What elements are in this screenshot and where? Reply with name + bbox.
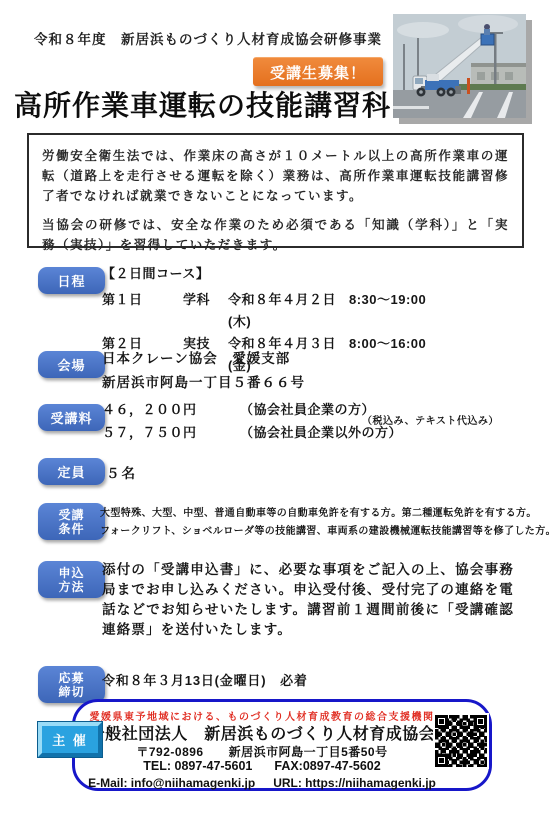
venue-label-text: 会場 [57, 355, 85, 374]
tel-text: TEL: 0897-47-5601 [143, 759, 252, 773]
fee-content: ４６，２００円 （協会社員企業の方） ５７，７５０円 （協会社員企業以外の方） [102, 398, 402, 444]
deadline-label-line2: 締切 [58, 685, 84, 699]
schedule-label-text: 日程 [57, 271, 85, 290]
schedule-day: 第１日 [102, 289, 183, 333]
qr-code [433, 713, 489, 769]
schedule-course-header: 【２日間コース】 [102, 264, 426, 284]
section-label-schedule: 日程 [38, 267, 105, 294]
fee-target: （協会社員企業の方） [240, 398, 375, 421]
flyer-page: 令和８年度 新居浜ものづくり人材育成協会研修事業 受講生募集！ 高所作業車運転の… [0, 0, 552, 822]
application-label-line2: 方法 [58, 580, 84, 594]
schedule-row: 第１日 学科 令和８年４月２日(木) 8:30～19:00 [102, 289, 426, 333]
requirements-line-2: フォークリフト、ショベルローダ等の技能講習、車両系の建設機械運転技能講習等を修了… [100, 523, 552, 541]
recruitment-badge-label: 受講生募集！ [270, 62, 366, 83]
schedule-subject: 学科 [183, 289, 228, 333]
section-label-venue: 会場 [38, 351, 105, 378]
section-label-application: 申込 方法 [38, 561, 105, 598]
application-label-line1: 申込 [58, 566, 84, 580]
fee-price: ５７，７５０円 [102, 421, 240, 444]
intro-paragraph-1: 労働安全衛生法では、作業床の高さが１０メートル以上の高所作業車の運転（道路上を走… [42, 146, 509, 206]
requirements-label-line2: 条件 [58, 522, 84, 536]
fax-text: FAX:0897-47-5602 [274, 759, 380, 773]
page-title: 高所作業車運転の技能講習科 [14, 84, 391, 124]
requirements-content: 大型特殊、大型、中型、普通自動車等の自動車免許を有する方。第二種運転免許を有する… [100, 505, 552, 540]
qr-finder-icon [435, 715, 448, 728]
recruitment-badge: 受講生募集！ [253, 57, 383, 86]
deadline-label-line1: 応募 [58, 671, 84, 685]
schedule-date: 令和８年４月２日(木) [228, 289, 349, 333]
capacity-value: ５名 [106, 462, 137, 482]
organizer-email-url: E-Mail: info@niihamagenki.jp URL: https:… [84, 776, 440, 790]
aerial-truck-photo [393, 14, 526, 118]
program-title: 令和８年度 新居浜ものづくり人材育成協会研修事業 [34, 28, 382, 48]
aerial-truck-illustration [393, 14, 526, 118]
application-content: 添付の「受講申込書」に、必要な事項をご記入の上、協会事務局までお申し込みください… [102, 560, 514, 640]
qr-finder-icon [474, 715, 487, 728]
organizer-address: 〒792-0896 新居浜市阿島一丁目5番50号 [84, 743, 440, 760]
venue-content: 日本クレーン協会 愛媛支部 新居浜市阿島一丁目５番６６号 [102, 347, 305, 395]
section-label-requirements: 受講 条件 [38, 503, 105, 540]
organizer-tel-fax: TEL: 0897-47-5601 FAX:0897-47-5602 [84, 759, 440, 773]
deadline-value: 令和８年３月13日(金曜日) 必着 [102, 670, 308, 689]
sponsor-label-text: 主 催 [52, 730, 88, 749]
venue-name: 日本クレーン協会 愛媛支部 [102, 347, 305, 371]
fee-note: （税込み、テキスト代込み） [362, 412, 499, 427]
requirements-label-line1: 受講 [58, 508, 84, 522]
email-text: E-Mail: info@niihamagenki.jp [88, 776, 255, 790]
fee-label-text: 受講料 [50, 408, 92, 427]
fee-row: ４６，２００円 （協会社員企業の方） [102, 398, 402, 421]
section-label-deadline: 応募 締切 [38, 666, 105, 703]
url-text: URL: https://niihamagenki.jp [273, 776, 436, 790]
venue-address: 新居浜市阿島一丁目５番６６号 [102, 371, 305, 395]
sponsor-button: 主 催 [38, 722, 102, 757]
organizer-name: 一般社団法人 新居浜ものづくり人材育成協会 [84, 721, 440, 744]
fee-row: ５７，７５０円 （協会社員企業以外の方） [102, 421, 402, 444]
requirements-line-1: 大型特殊、大型、中型、普通自動車等の自動車免許を有する方。第二種運転免許を有する… [100, 505, 552, 523]
qr-finder-icon [435, 754, 448, 767]
fee-price: ４６，２００円 [102, 398, 240, 421]
qr-pattern [435, 715, 487, 767]
schedule-time: 8:30～19:00 [349, 289, 426, 333]
schedule-time: 8:00～16:00 [349, 333, 426, 377]
capacity-label-text: 定員 [57, 462, 85, 481]
intro-paragraph-2: 当協会の研修では、安全な作業のため必須である「知識（学科）」と「実務（実技）」を… [42, 215, 509, 255]
section-label-fee: 受講料 [38, 404, 105, 431]
intro-box: 労働安全衛生法では、作業床の高さが１０メートル以上の高所作業車の運転（道路上を走… [27, 133, 524, 248]
section-label-capacity: 定員 [38, 458, 105, 485]
